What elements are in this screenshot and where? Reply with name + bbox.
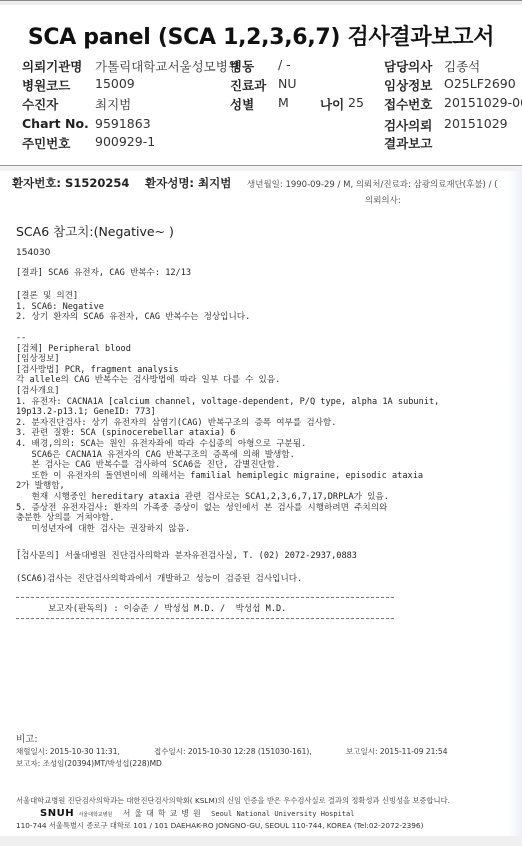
validation-statement: (SCA6)검사는 진단검사의학과에서 개발하고 성능이 검증된 검사입니다. [16, 574, 302, 585]
requesting-institution-label: 의뢰기관명 [22, 57, 82, 75]
result-report-label: 결과보고 [384, 134, 432, 152]
test-request-label: 검사의뢰 [384, 116, 432, 134]
chart-no-value: 9591863 [95, 116, 151, 131]
ward-label: 병동 [230, 57, 254, 75]
hospital-name-english: Seoul National University Hospital [211, 810, 354, 818]
accession-no-value: 20151029-000 [444, 95, 522, 110]
info-row-5: 주민번호 900929-1 결과보고 [22, 134, 522, 152]
age-value: 25 [348, 95, 364, 110]
requesting-doctor: 의뢰의사: [365, 194, 401, 206]
window-top-bar [0, 0, 522, 5]
requesting-institution-value: 가톨릭대학교서울성모병원 [95, 57, 240, 75]
test-request-value: 20151029 [444, 116, 508, 131]
resident-no-value: 900929-1 [95, 134, 155, 149]
attending-doctor-label: 담당의사 [384, 57, 432, 75]
hospital-code-label: 병원코드 [22, 76, 70, 94]
receipt-time: 접수일시: 2015-10-30 12:28 (151030-161), [154, 746, 312, 757]
clinical-info-label: 임상정보 [384, 76, 432, 94]
remarks-label: 비고: [16, 731, 38, 745]
resident-no-label: 주민번호 [22, 134, 70, 152]
age-label: 나이 [320, 95, 344, 113]
sex-value: M [278, 95, 289, 110]
hospital-address: 110-744 서울특별시 종로구 대학로 101 / 101 DAEHAK-R… [16, 821, 423, 831]
patient-summary-line: 환자번호: S1520254 환자성명: 최지범 생년월일: 1990-09-2… [12, 175, 497, 191]
department-label: 진료과 [230, 76, 266, 94]
certification-statement: 서울대학교병원 진단검사의학과는 대한진단검사의학회( KSLM)의 신임 인증… [16, 796, 450, 806]
patient-name-label: 수진자 [22, 95, 58, 113]
attending-doctor-value: 김종석 [444, 57, 480, 75]
conclusion-text: [결론 및 의견] 1. SCA6: Negative 2. 상기 환자의 SC… [16, 291, 250, 323]
snuh-logo-subtext: 서울대학교병원 [78, 812, 112, 818]
hospital-name-korean: 서울대학교병원 [123, 809, 205, 818]
specimen-number: 154030 [16, 248, 50, 258]
info-row-2: 병원코드 15009 진료과 NU 임상정보 O25LF2690 [22, 76, 522, 94]
info-row-3: 수진자 최지범 성별 M 나이 25 접수번호 20151029-000 [22, 95, 522, 113]
report-time: 보고일시: 2015-11-09 21:54 [346, 746, 447, 757]
hospital-logo-row: SNUH 서울대학교병원 서울대학교병원 Seoul National Univ… [40, 808, 354, 819]
sex-label: 성별 [230, 95, 254, 113]
dashed-divider-bottom [16, 618, 394, 619]
birth-and-requester: 생년월일: 1990-09-29 / M, 의뢰처/진료과: 삼광의료재단(후불… [247, 180, 497, 190]
department-value: NU [278, 76, 297, 91]
collection-time: 채혈일시: 2015-10-30 11:31, [16, 746, 120, 757]
info-row-4: Chart No. 9591863 검사의뢰 20151029 [22, 116, 522, 134]
result-text: [결과] SCA6 유전자, CAG 반복수: 12/13 [16, 268, 191, 279]
info-row-1: 의뢰기관명 가톨릭대학교서울성모병원 병동 / - 담당의사 김종석 [22, 57, 522, 75]
test-details-text: -- [검체] Peripheral blood [임상정보] [검사방법] P… [16, 333, 439, 555]
dashed-divider-top [16, 597, 394, 598]
patient-full-name: 환자성명: 최지범 [145, 176, 231, 190]
reference-value-title: SCA6 참고치:(Negative~ ) [16, 222, 174, 240]
patient-name-value: 최지범 [95, 95, 131, 113]
remarks-reporter: 보고자: 조성임(20394)MT/박성섭(228)MD [16, 758, 162, 769]
hospital-code-value: 15009 [95, 76, 135, 91]
accession-no-label: 접수번호 [384, 95, 432, 113]
inquiry-contact: [검사문의] 서울대병원 진단검사의학과 분자유전검사실, T. (02) 20… [16, 551, 357, 562]
patient-number: 환자번호: S1520254 [12, 176, 129, 190]
report-title: SCA panel (SCA 1,2,3,6,7) 검사결과보고서 [0, 20, 522, 51]
page-bottom-band [0, 836, 522, 846]
ward-value: / - [278, 57, 291, 72]
section-divider-band [0, 166, 522, 171]
chart-no-label: Chart No. [22, 116, 89, 131]
scan-edge-shade [508, 171, 522, 836]
clinical-info-value: O25LF2690 [444, 76, 516, 91]
reporting-physicians: 보고자(판독의) : 이승준 / 박성섭 M.D. / 박성섭 M.D. [48, 602, 286, 614]
snuh-logo: SNUH [40, 808, 74, 819]
